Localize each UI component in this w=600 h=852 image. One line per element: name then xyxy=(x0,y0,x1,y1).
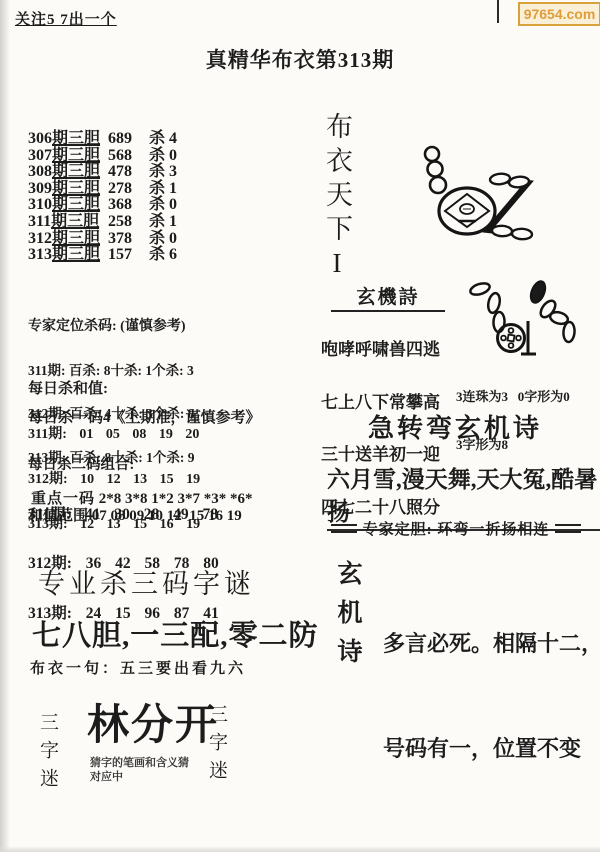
scan-artifact-line xyxy=(497,0,499,23)
top-note: 关注5 7出一个 xyxy=(15,8,117,29)
double-line-decoration xyxy=(331,524,357,533)
history-row: 307期三胆568杀0 xyxy=(28,148,177,165)
three-char-label-right: 三字迷 xyxy=(203,704,230,788)
bottom-poem: 多言必死。相隔十二， 号码有一，位置不变 xyxy=(383,556,600,836)
watermark-badge: 97654.com xyxy=(518,2,600,26)
history-row: 311期三胆258杀1 xyxy=(28,214,177,231)
scan-shadow-bottom xyxy=(0,846,600,852)
expert-kill-heading: 专家定位杀码: (谨慎参考) xyxy=(28,320,194,335)
riddle-answer-note: 猜字的笔画和含义猜 对应中 xyxy=(90,756,189,784)
scanned-lottery-sheet: 关注5 7出一个 97654.com 真精华布衣第313期 306期三胆689杀… xyxy=(0,0,600,852)
sum-range-line: 和值范围 07 08 09 10 12 15 16 19 xyxy=(28,504,242,525)
history-row: 309期三胆278杀1 xyxy=(28,181,177,198)
sharp-turn-heading: 急转弯玄机诗 xyxy=(330,408,580,445)
three-char-label-left: 三字迷 xyxy=(34,712,61,796)
daily-sum-heading: 每日杀和值: xyxy=(28,382,200,397)
scan-shadow-left xyxy=(0,0,10,852)
daily-two-kill-heading: 每日杀二码组合: xyxy=(28,457,219,474)
brand-vertical-title: 布衣天下I xyxy=(323,112,351,285)
history-row: 310期三胆368杀0 xyxy=(28,197,177,214)
history-row: 306期三胆689杀4 xyxy=(28,131,177,148)
coin-and-z-beads-drawing xyxy=(412,138,542,253)
page-title: 真精华布衣第313期 xyxy=(0,44,600,74)
double-line-decoration xyxy=(555,524,581,533)
history-list: 306期三胆689杀4 307期三胆568杀0 308期三胆478杀3 309期… xyxy=(28,131,177,264)
history-row: 308期三胆478杀3 xyxy=(28,164,177,181)
history-row: 313期三胆157杀6 xyxy=(28,247,177,264)
beads-chain-coin-drawing xyxy=(458,276,583,361)
expert-dan-line: 专家定胆: 环弯一折扬相连 xyxy=(322,518,590,539)
riddle-line: 七八胆,一三配,零二防 xyxy=(32,613,319,654)
riddle-answer: 林分开 xyxy=(87,692,219,752)
riddle-heading: 专业杀三码字谜 xyxy=(38,562,255,601)
history-row: 312期三胆378杀0 xyxy=(28,231,177,248)
bottom-poem-vertical-label: 玄机诗 xyxy=(329,560,365,677)
buyi-sentence: 布衣一句：五三要出看九六 xyxy=(30,657,246,678)
